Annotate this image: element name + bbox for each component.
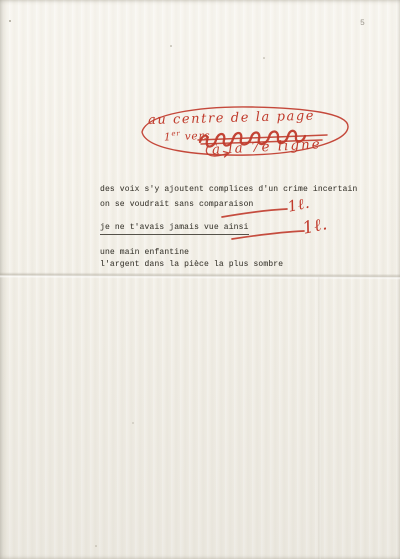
handwritten-note-line2-ordinal: er — [171, 129, 180, 137]
paper-speck — [9, 20, 11, 22]
poem-line-underlined: je ne t'avais jamais vue ainsi — [100, 223, 249, 232]
poem-line: des voix s'y ajoutent complices d'un cri… — [100, 185, 357, 194]
paper-speck — [263, 57, 265, 59]
paper-speck — [132, 422, 134, 424]
handwritten-note-line2: 1er vers — [164, 128, 211, 143]
page-number: 5 — [360, 19, 365, 28]
poem-line: on se voudrait sans comparaison — [100, 200, 253, 209]
handwritten-note-line2-word: vers — [180, 130, 210, 143]
poem-line-underline-text: je ne t'avais jamais vue ainsi — [100, 223, 249, 235]
poem-line: une main enfantine — [100, 248, 189, 257]
scanned-typescript-page: 5 au centre de la page 1er vers à la 7e … — [0, 0, 400, 559]
paper-speck — [170, 45, 172, 47]
poem-line: l'argent dans la pièce la plus sombre — [100, 260, 283, 269]
vertical-fold-crease — [318, 277, 321, 559]
paper-speck — [95, 545, 97, 547]
